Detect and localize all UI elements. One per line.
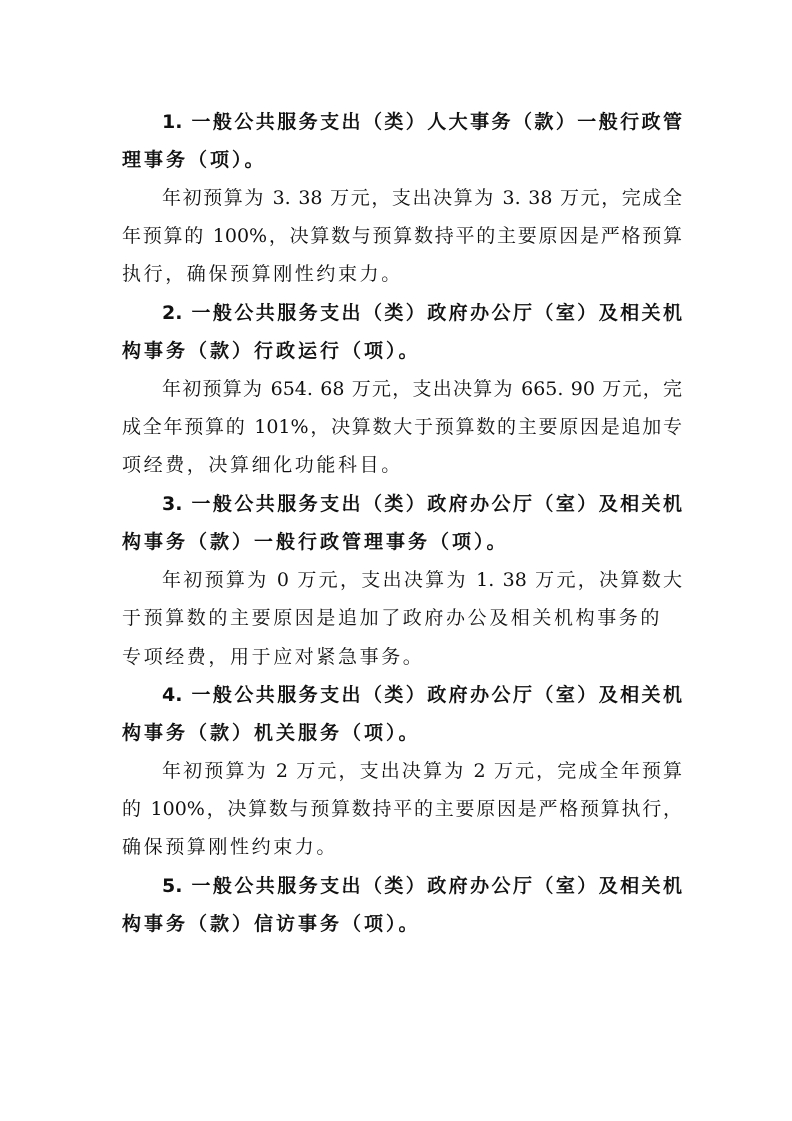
section-2-body-line-2: 成全年预算的 101%，决算数大于预算数的主要原因是追加专 <box>122 408 682 446</box>
section-2-heading-line-2: 构事务（款）行政运行（项）。 <box>122 332 682 370</box>
document-page: 1. 一般公共服务支出（类）人大事务（款）一般行政管 理事务（项）。 年初预算为… <box>0 0 792 1121</box>
section-2-heading-line-1: 2. 一般公共服务支出（类）政府办公厅（室）及相关机 <box>162 294 682 332</box>
section-3-body-line-2: 于预算数的主要原因是追加了政府办公及相关机构事务的 <box>122 599 682 637</box>
section-4-heading-line-1: 4. 一般公共服务支出（类）政府办公厅（室）及相关机 <box>162 676 682 714</box>
section-4-body-line-1: 年初预算为 2 万元，支出决算为 2 万元，完成全年预算 <box>162 752 682 790</box>
section-1-body-line-1: 年初预算为 3. 38 万元，支出决算为 3. 38 万元，完成全 <box>162 179 682 217</box>
section-3-body-line-1: 年初预算为 0 万元，支出决算为 1. 38 万元，决算数大 <box>162 561 682 599</box>
section-4-body-line-2: 的 100%，决算数与预算数持平的主要原因是严格预算执行， <box>122 790 682 828</box>
section-3-heading-line-2: 构事务（款）一般行政管理事务（项）。 <box>122 523 682 561</box>
section-1-body-line-2: 年预算的 100%，决算数与预算数持平的主要原因是严格预算 <box>122 217 682 255</box>
section-1-heading-line-1: 1. 一般公共服务支出（类）人大事务（款）一般行政管 <box>162 103 682 141</box>
section-5-heading-line-2: 构事务（款）信访事务（项）。 <box>122 905 682 943</box>
section-5-heading-line-1: 5. 一般公共服务支出（类）政府办公厅（室）及相关机 <box>162 867 682 905</box>
section-2-body-line-3: 项经费，决算细化功能科目。 <box>122 446 682 484</box>
section-1-body-line-3: 执行，确保预算刚性约束力。 <box>122 255 682 293</box>
section-3-body-line-3: 专项经费，用于应对紧急事务。 <box>122 638 682 676</box>
section-2-body-line-1: 年初预算为 654. 68 万元，支出决算为 665. 90 万元，完 <box>162 370 682 408</box>
section-1-heading-line-2: 理事务（项）。 <box>122 141 682 179</box>
section-3-heading-line-1: 3. 一般公共服务支出（类）政府办公厅（室）及相关机 <box>162 485 682 523</box>
section-4-body-line-3: 确保预算刚性约束力。 <box>122 828 682 866</box>
section-4-heading-line-2: 构事务（款）机关服务（项）。 <box>122 714 682 752</box>
